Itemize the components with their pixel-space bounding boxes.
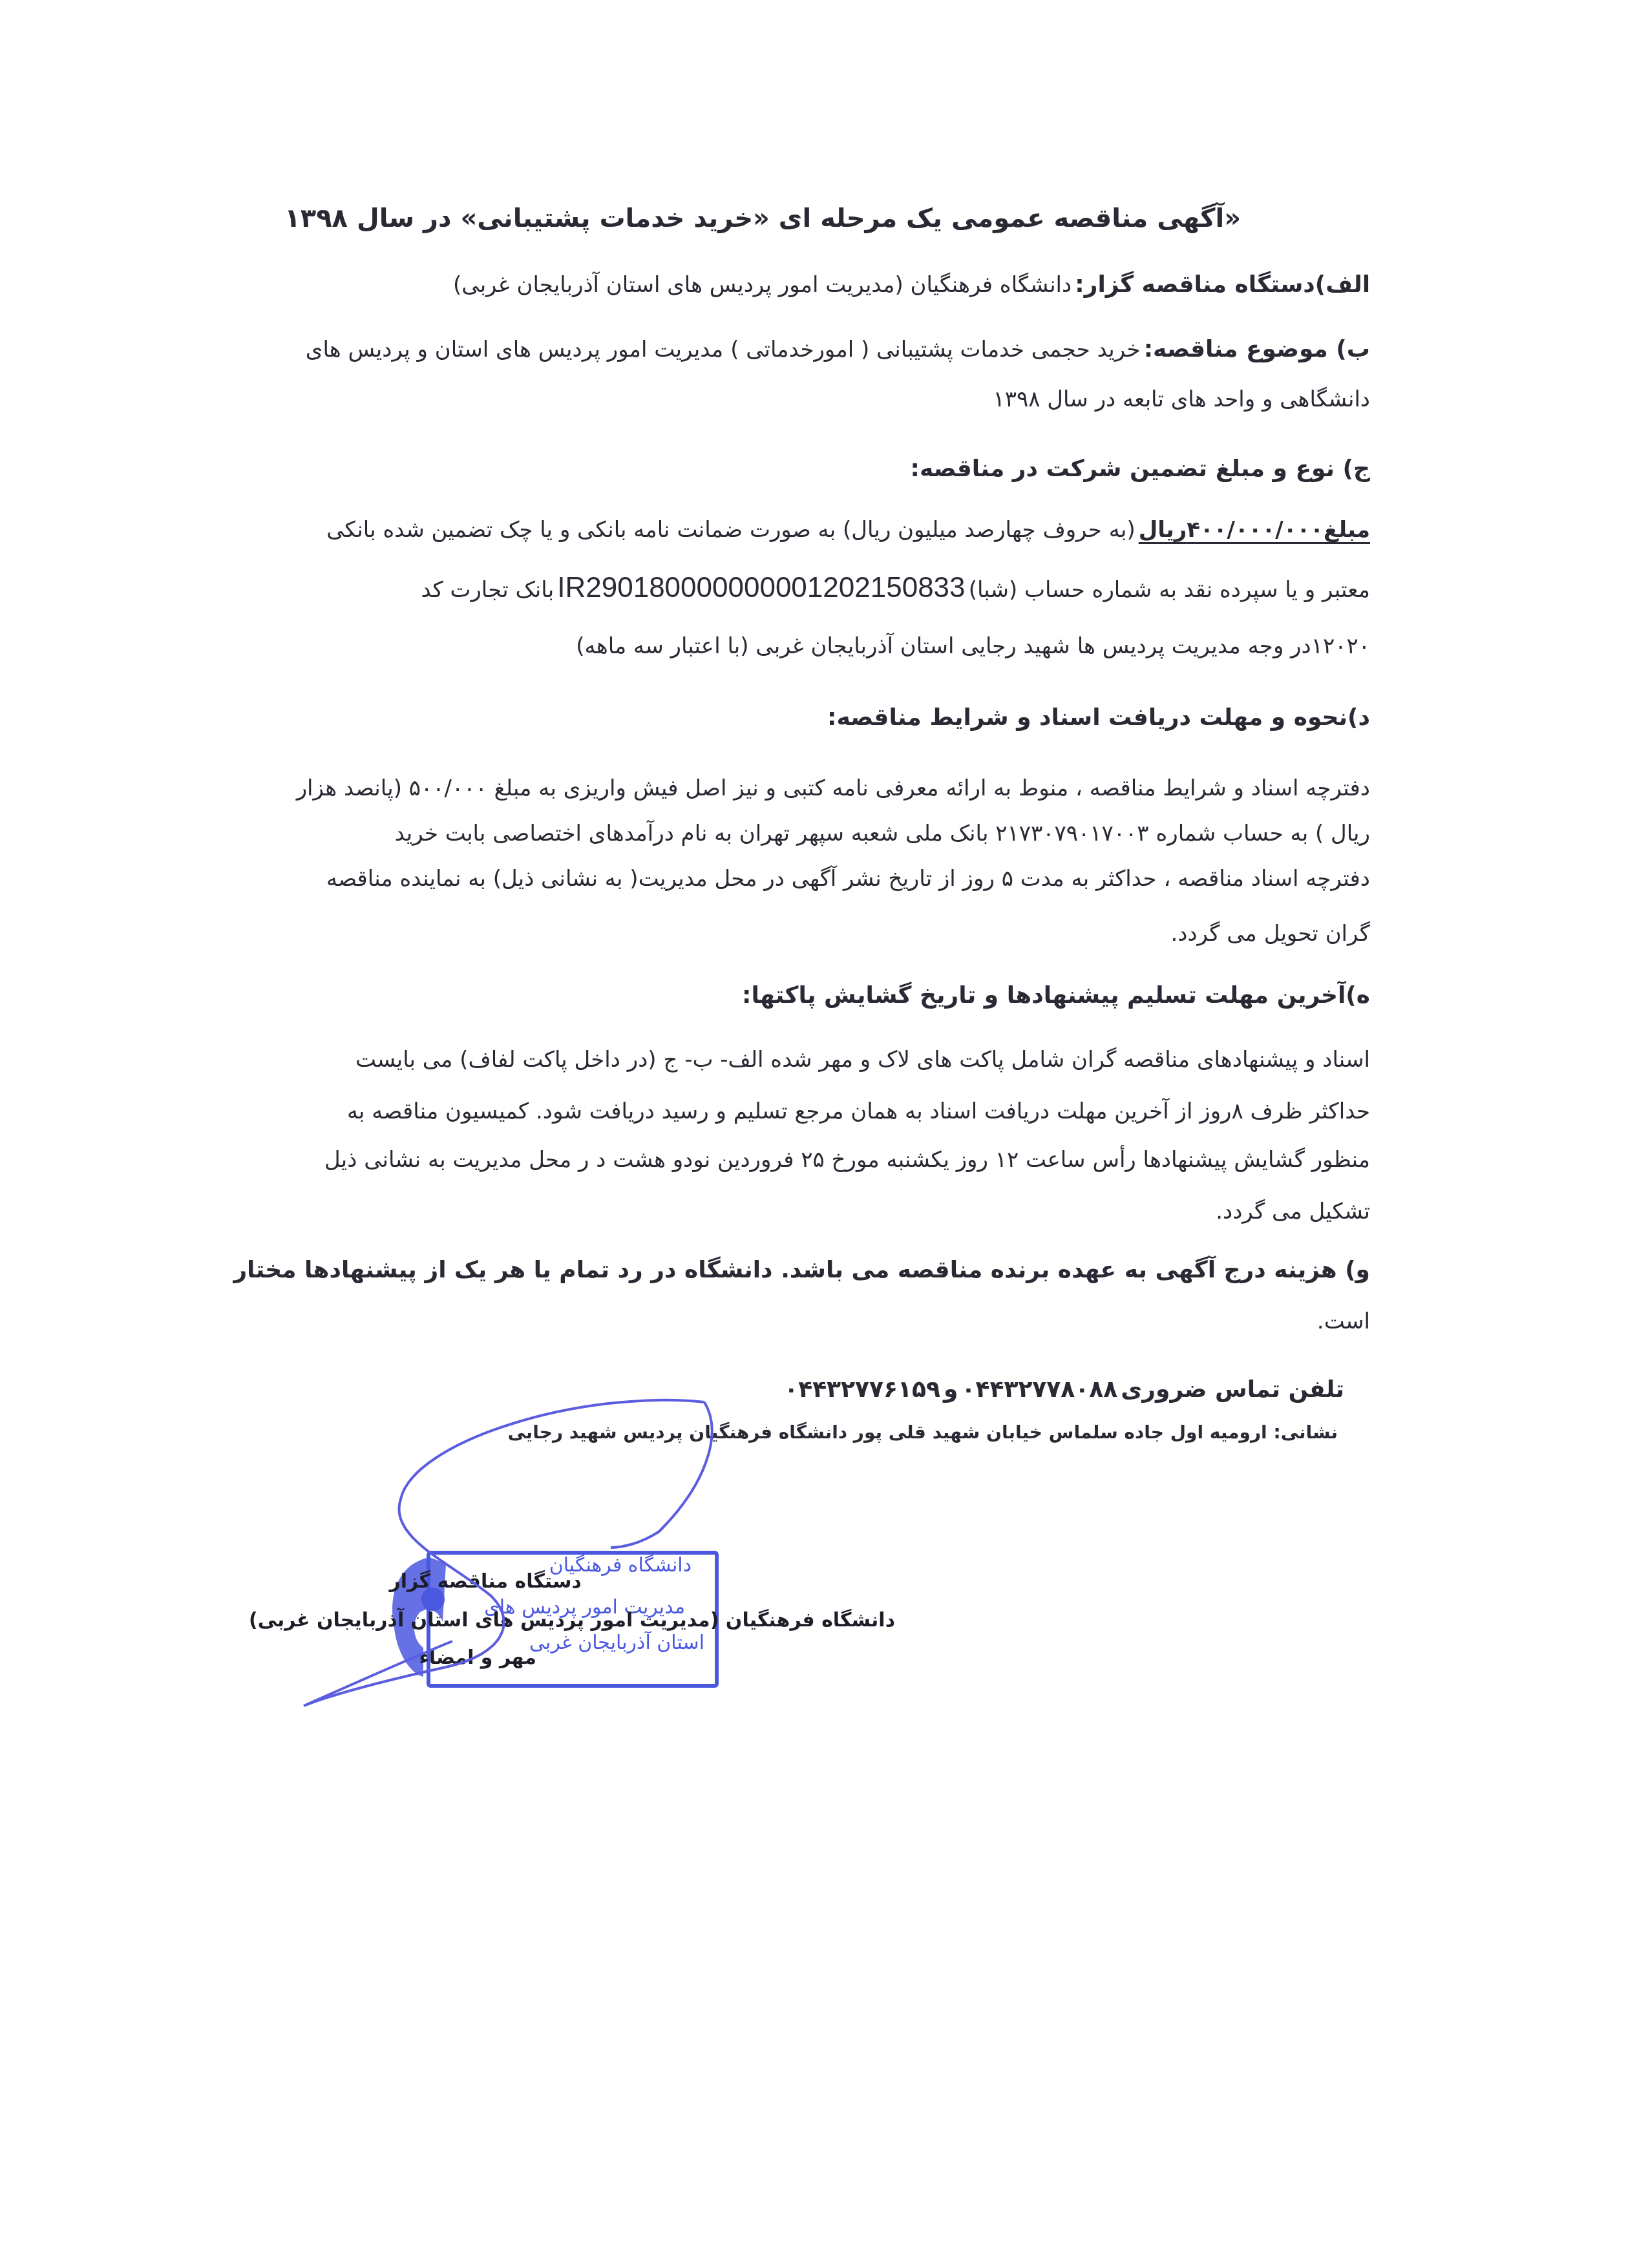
- section-f-line1: و) هزینه درج آگهی به عهده برنده مناقصه م…: [233, 1257, 1370, 1283]
- section-f-line2: است.: [1317, 1308, 1370, 1334]
- section-b-text: خرید حجمی خدمات پشتیبانی ( امورخدماتی ) …: [306, 337, 1141, 362]
- section-d-heading: د)نحوه و مهلت دریافت اسناد و شرایط مناقص…: [827, 704, 1370, 731]
- page-title: «آگهی مناقصه عمومی یک مرحله ای «خرید خدم…: [388, 204, 1241, 233]
- guarantee-amount: مبلغ۴۰۰/۰۰۰/۰۰۰ریال: [1139, 517, 1370, 543]
- section-a-heading: الف)دستگاه مناقصه گزار:: [1075, 271, 1370, 298]
- section-c-line1: مبلغ۴۰۰/۰۰۰/۰۰۰ریال (به حروف چهارصد میلی…: [326, 517, 1370, 543]
- guarantee-description: (به حروف چهارصد میلیون ریال) به صورت ضما…: [326, 517, 1135, 543]
- signature-line2: دانشگاه فرهنگیان (مدیریت امور پردیس های …: [249, 1609, 895, 1632]
- section-e-line2: حداکثر ظرف ۸روز از آخرین مهلت دریافت اسن…: [347, 1098, 1370, 1124]
- contact-phones: تلفن تماس ضروری ۰۴۴۳۲۷۷۸۰۸۸ و ۰۴۴۳۲۷۷۶۱۵…: [784, 1376, 1344, 1403]
- section-a: الف)دستگاه مناقصه گزار: دانشگاه فرهنگیان…: [453, 271, 1370, 298]
- section-b-heading: ب) موضوع مناقصه:: [1144, 336, 1370, 362]
- phone-conjunction: و: [944, 1376, 958, 1403]
- iban-number: IR290180000000001202150833: [557, 572, 965, 604]
- section-d-line4: گران تحویل می گردد.: [1170, 921, 1370, 947]
- section-e-line4: تشکیل می گردد.: [1216, 1199, 1370, 1224]
- section-d-line2: ریال ) به حساب شماره ۲۱۷۳۰۷۹۰۱۷۰۰۳ بانک …: [395, 821, 1370, 846]
- section-e-line1: اسناد و پیشنهادهای مناقصه گران شامل پاکت…: [355, 1047, 1370, 1073]
- section-b-line1: ب) موضوع مناقصه: خرید حجمی خدمات پشتیبان…: [278, 336, 1370, 362]
- section-b-line2: دانشگاهی و واحد های تابعه در سال ۱۳۹۸: [993, 386, 1370, 412]
- bank-name: بانک تجارت کد: [421, 577, 555, 603]
- section-c-heading: ج) نوع و مبلغ تضمین شرکت در مناقصه:: [911, 456, 1371, 482]
- section-d-line1: دفترچه اسناد و شرایط مناقصه ، منوط به ار…: [297, 775, 1370, 801]
- phone-label: تلفن تماس ضروری: [1121, 1376, 1344, 1403]
- phone-2: ۰۴۴۳۲۷۷۶۱۵۹: [784, 1376, 940, 1403]
- address: نشانی: ارومیه اول جاده سلماس خیابان شهید…: [507, 1422, 1338, 1443]
- signature-line1: دستگاه مناقصه گزار: [389, 1570, 582, 1593]
- stamp-line3: استان آذربایجان غربی: [529, 1632, 704, 1654]
- section-c-line3: ۱۲۰۲۰در وجه مدیریت پردیس ها شهید رجایی ا…: [576, 633, 1370, 659]
- phone-1: ۰۴۴۳۲۷۷۸۰۸۸: [961, 1376, 1117, 1403]
- section-e-heading: ه)آخرین مهلت تسلیم پیشنهادها و تاریخ گشا…: [742, 982, 1370, 1009]
- section-d-line3: دفترچه اسناد مناقصه ، حداکثر به مدت ۵ رو…: [326, 866, 1370, 892]
- section-c-line2: معتبر و یا سپرده نقد به شماره حساب (شبا)…: [421, 572, 1370, 604]
- section-e-line3: منظور گشایش پیشنهادها رأس ساعت ۱۲ روز یک…: [324, 1147, 1370, 1173]
- section-a-text: دانشگاه فرهنگیان (مدیریت امور پردیس های …: [453, 272, 1072, 298]
- tender-notice-page: «آگهی مناقصه عمومی یک مرحله ای «خرید خدم…: [0, 0, 1648, 2268]
- signature-line3: مهر و امضاء: [419, 1646, 536, 1669]
- deposit-text: معتبر و یا سپرده نقد به شماره حساب (شبا): [969, 577, 1370, 603]
